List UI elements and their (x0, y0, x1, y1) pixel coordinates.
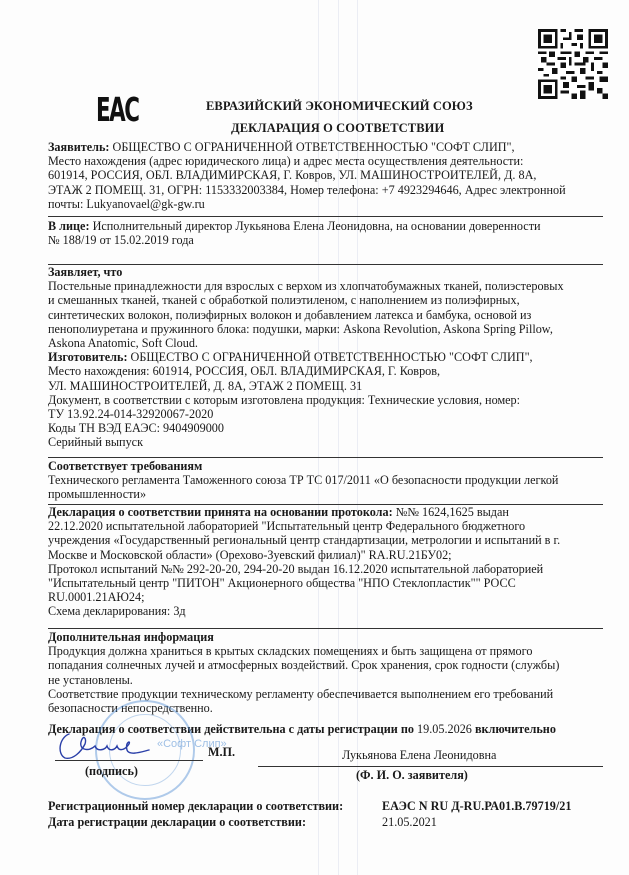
additional-line: попадания солнечных лучей и атмосферных … (48, 658, 608, 672)
additional-line: Соответствие продукции техническому регл… (48, 687, 608, 701)
basis-line: Протокол испытаний №№ 292-20-20, 294-20-… (48, 562, 608, 576)
applicant-label: Заявитель: (48, 140, 109, 154)
signature-image (55, 728, 150, 762)
basis-line: RU.0001.21АЮ24; (48, 590, 608, 604)
applicant-line: ЭТАЖ 2 ПОМЕЩ. 31, ОГРН: 1153332003384, Н… (48, 183, 608, 197)
additional-label: Дополнительная информация (48, 630, 608, 644)
additional-line: Продукция должна храниться в крытых скла… (48, 644, 608, 658)
hs-code: Коды ТН ВЭД ЕАЭС: 9404909000 (48, 421, 608, 435)
manufacturer-label: Изготовитель: (48, 350, 128, 364)
declaration-scheme: Схема декларирования: 3д (48, 604, 608, 618)
protocol-numbers: №№ 1624,1625 выдан (396, 505, 509, 519)
divider (48, 628, 603, 629)
product-line: и смешанных тканей, тканей с обработкой … (48, 293, 608, 307)
manufacturer-line: УЛ. МАШИНОСТРОИТЕЛЕЙ, Д. 8А, ЭТАЖ 2 ПОМЕ… (48, 379, 608, 393)
name-line (258, 766, 603, 767)
basis-line: Москве и Московской области» (Орехово-Зу… (48, 548, 608, 562)
manufacturer-name: ОБЩЕСТВО С ОГРАНИЧЕННОЙ ОТВЕТСТВЕННОСТЬЮ… (131, 350, 533, 364)
seal-place-label: М.П. (208, 745, 235, 760)
registration-date-label: Дата регистрации декларации о соответств… (48, 815, 306, 830)
basis-line: "Испытательный центр "ПИТОН" Акционерног… (48, 576, 608, 590)
product-line: Askona Anatomic, Soft Cloud. (48, 336, 608, 350)
applicant-line: Место нахождения (адрес юридического лиц… (48, 154, 608, 168)
applicant-name: ОБЩЕСТВО С ОГРАНИЧЕННОЙ ОТВЕТСТВЕННОСТЬЮ… (113, 140, 515, 154)
applicant-line: 601914, РОССИЯ, ОБЛ. ВЛАДИМИРСКАЯ, Г. Ко… (48, 168, 608, 182)
divider (48, 216, 603, 217)
production-type: Серийный выпуск (48, 435, 608, 449)
regulation-line: Технического регламента Таможенного союз… (48, 473, 608, 487)
basis-line: 22.12.2020 испытательной лабораторией "И… (48, 519, 608, 533)
basis-label: Декларация о соответствии принята на осн… (48, 505, 393, 519)
represented-by-section: В лице: Исполнительный директор Лукьянов… (48, 219, 608, 247)
signature-line (55, 760, 203, 761)
declares-label: Заявляет, что (48, 265, 608, 279)
applicant-email: почты: Lukyanovael@gk-gw.ru (48, 197, 608, 211)
registration-number-label: Регистрационный номер декларации о соотв… (48, 799, 343, 814)
applicant-section: Заявитель: ОБЩЕСТВО С ОГРАНИЧЕННОЙ ОТВЕТ… (48, 140, 608, 211)
document-title: ДЕКЛАРАЦИЯ О СООТВЕТСТВИИ (231, 121, 444, 136)
declares-section: Заявляет, что Постельные принадлежности … (48, 265, 608, 450)
power-of-attorney: № 188/19 от 15.02.2019 года (48, 233, 608, 247)
signature-caption: (подпись) (85, 764, 138, 779)
complies-label: Соответствует требованиям (48, 459, 608, 473)
registration-date: 21.05.2021 (382, 815, 437, 830)
qr-code-icon (538, 29, 608, 99)
basis-line: учреждения «Государственный региональный… (48, 533, 608, 547)
represented-by-label: В лице: (48, 219, 90, 233)
union-title: ЕВРАЗИЙСКИЙ ЭКОНОМИЧЕСКИЙ СОЮЗ (206, 99, 473, 114)
basis-section: Декларация о соответствии принята на осн… (48, 505, 608, 619)
complies-section: Соответствует требованиям Технического р… (48, 459, 608, 502)
name-caption: (Ф. И. О. заявителя) (356, 768, 468, 783)
additional-line: не установлены. (48, 673, 608, 687)
validity-date: 19.05.2026 (417, 722, 472, 736)
product-line: Постельные принадлежности для взрослых с… (48, 279, 608, 293)
manufacturer-line: Документ, в соответствии с которым изгот… (48, 393, 608, 407)
divider (48, 457, 603, 458)
registration-number: ЕАЭС N RU Д-RU.РА01.В.79719/21 (382, 799, 571, 814)
tech-spec-number: ТУ 13.92.24-014-32920067-2020 (48, 407, 608, 421)
eac-logo: EAC (96, 90, 139, 129)
product-line: пенополиуретана и пружинного блока: поду… (48, 322, 608, 336)
signer-name: Лукьянова Елена Леонидовна (342, 748, 496, 763)
product-line: синтетических волокон, полиэфирных волок… (48, 308, 608, 322)
regulation-line: промышленности» (48, 487, 608, 501)
manufacturer-line: Место нахождения: 601914, РОССИЯ, ОБЛ. В… (48, 364, 608, 378)
declaration-page: EAC ЕВРАЗИЙСКИЙ ЭКОНОМИЧЕСКИЙ СОЮЗ ДЕКЛА… (0, 0, 629, 875)
represented-by-text: Исполнительный директор Лукьянова Елена … (93, 219, 541, 233)
validity-suffix: включительно (475, 722, 556, 736)
